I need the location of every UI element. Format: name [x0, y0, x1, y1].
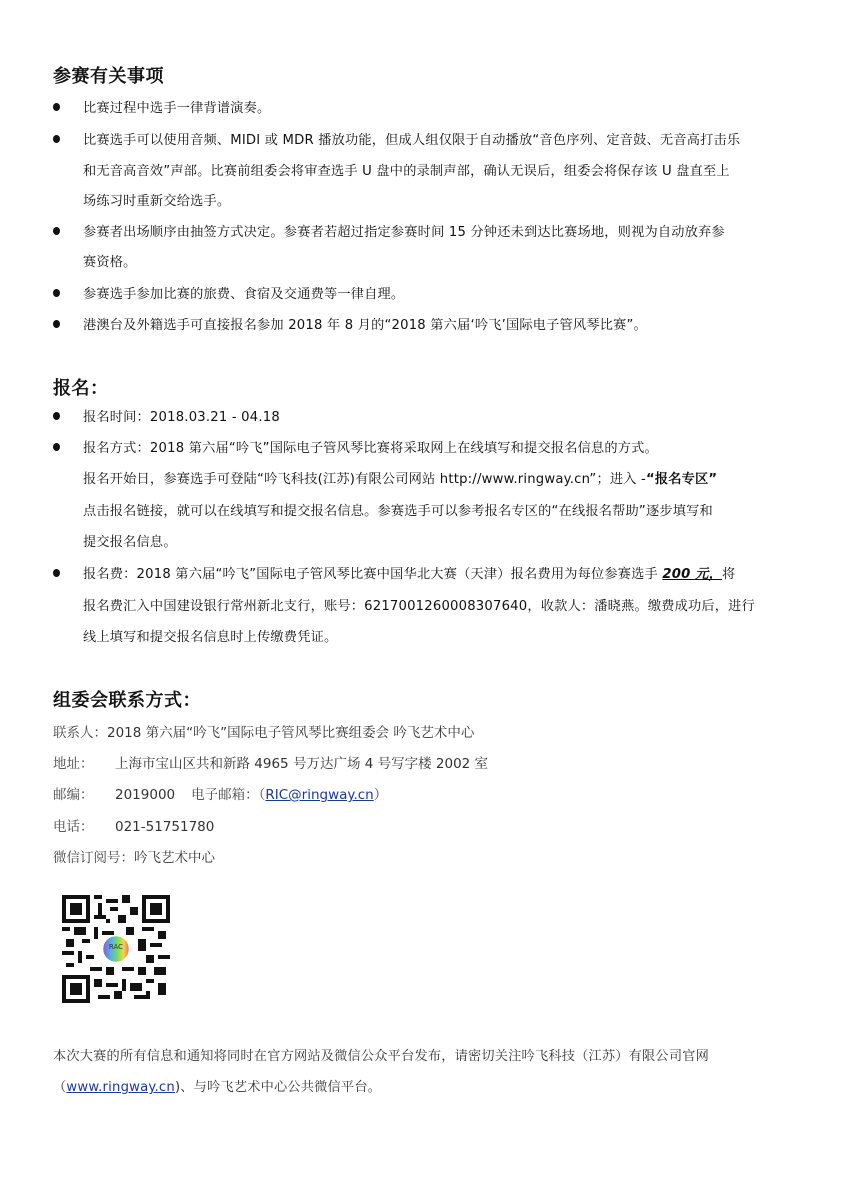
registration-fee-line-2: 报名费汇入中国建设银行常州新北支行，账号：6217001260008307640… — [83, 595, 755, 614]
contact-address: 地址：上海市宝山区共和新路 4965 号万达广场 4 号写字楼 2002 室 — [53, 752, 488, 772]
bullet — [53, 135, 60, 143]
wechat-qr-code-icon: RAC — [62, 895, 170, 1003]
qr-logo-text: RAC — [62, 943, 170, 951]
wechat-label: 微信订阅号： — [53, 850, 134, 866]
bullet — [53, 569, 60, 577]
registration-method-line-2: 报名开始日，参赛选手可登陆“吟飞科技(江苏)有限公司网站 http://www.… — [83, 468, 717, 487]
address-label: 地址： — [53, 752, 115, 772]
email-link[interactable]: RIC@ringway.cn — [265, 787, 373, 803]
contact-label: 联系人： — [53, 725, 107, 741]
registration-fee-line-1: 报名费：2018 第六届“吟飞”国际电子管风琴比赛中国华北大赛（天津）报名费用为… — [83, 563, 735, 582]
address-value: 上海市宝山区共和新路 4965 号万达广场 4 号写字楼 2002 室 — [115, 756, 488, 772]
registration-method-line-4: 提交报名信息。 — [83, 531, 177, 550]
note-3-line-1: 参赛者出场顺序由抽签方式决定。参赛者若超过指定参赛时间 15 分钟还未到达比赛场… — [83, 221, 725, 240]
note-1: 比赛过程中选手一律背谱演奏。 — [83, 97, 270, 116]
bullet — [53, 320, 60, 328]
phone-value: 021-51751780 — [115, 819, 214, 835]
footer-line-1: 本次大赛的所有信息和通知将同时在官方网站及微信公众平台发布，请密切关注吟飞科技（… — [53, 1045, 709, 1064]
postcode-label: 邮编： — [53, 783, 115, 803]
paren-open: （ — [53, 1080, 66, 1095]
bullet — [53, 103, 60, 111]
registration-method-line-1: 报名方式：2018 第六届“吟飞”国际电子管风琴比赛将采取网上在线填写和提交报名… — [83, 437, 658, 456]
note-5: 港澳台及外籍选手可直接报名参加 2018 年 8 月的“2018 第六届‘吟飞’… — [83, 314, 647, 333]
contact-postcode-email: 邮编：2019000电子邮箱：（RIC@ringway.cn） — [53, 783, 387, 803]
postcode-value: 2019000 — [115, 787, 175, 803]
footer-line-2: （www.ringway.cn)、与吟飞艺术中心公共微信平台。 — [53, 1076, 381, 1095]
contact-value: 2018 第六届“吟飞”国际电子管风琴比赛组委会 吟飞艺术中心 — [107, 725, 474, 741]
email-close: ） — [374, 787, 388, 803]
contact-phone: 电话：021-51751780 — [53, 815, 214, 835]
note-2-line-2: 和无音高音效”声部。比赛前组委会将审查选手 U 盘中的录制声部，确认无误后，组委… — [83, 160, 730, 179]
note-4: 参赛选手参加比赛的旅费、食宿及交通费等一律自理。 — [83, 283, 404, 302]
contact-wechat: 微信订阅号：吟飞艺术中心 — [53, 846, 215, 866]
registration-zone-emphasis: “报名专区” — [646, 472, 717, 487]
registration-method-text: 报名开始日，参赛选手可登陆“吟飞科技(江苏)有限公司网站 http://www.… — [83, 472, 646, 487]
note-2-line-1: 比赛选手可以使用音频、MIDI 或 MDR 播放功能，但成人组仅限于自动播放“音… — [83, 129, 740, 148]
bullet — [53, 443, 60, 451]
website-link[interactable]: www.ringway.cn — [66, 1080, 175, 1095]
contact-person: 联系人：2018 第六届“吟飞”国际电子管风琴比赛组委会 吟飞艺术中心 — [53, 721, 474, 741]
footer-rest: )、与吟飞艺术中心公共微信平台。 — [175, 1080, 381, 1095]
fee-text: 报名费：2018 第六届“吟飞”国际电子管风琴比赛中国华北大赛（天津）报名费用为… — [83, 567, 662, 582]
registration-method-line-3: 点击报名链接，就可以在线填写和提交报名信息。参赛选手可以参考报名专区的“在线报名… — [83, 500, 713, 519]
phone-label: 电话： — [53, 815, 115, 835]
fee-text-end: 将 — [722, 567, 735, 582]
bullet — [53, 412, 60, 420]
section-title-contact: 组委会联系方式： — [53, 686, 201, 712]
bullet — [53, 289, 60, 297]
email-label: 电子邮箱：（ — [191, 787, 265, 803]
registration-fee-line-3: 线上填写和提交报名信息时上传缴费凭证。 — [83, 626, 337, 645]
bullet — [53, 227, 60, 235]
registration-time: 报名时间：2018.03.21 - 04.18 — [83, 406, 280, 425]
fee-amount: 200 元， — [662, 567, 722, 582]
section-title-registration: 报名： — [53, 374, 109, 400]
wechat-value: 吟飞艺术中心 — [134, 850, 215, 866]
note-3-line-2: 赛资格。 — [83, 251, 137, 270]
document-page: 参赛有关事项 比赛过程中选手一律背谱演奏。 比赛选手可以使用音频、MIDI 或 … — [0, 0, 848, 1200]
section-title-notes: 参赛有关事项 — [53, 62, 164, 88]
note-2-line-3: 场练习时重新交给选手。 — [83, 190, 230, 209]
